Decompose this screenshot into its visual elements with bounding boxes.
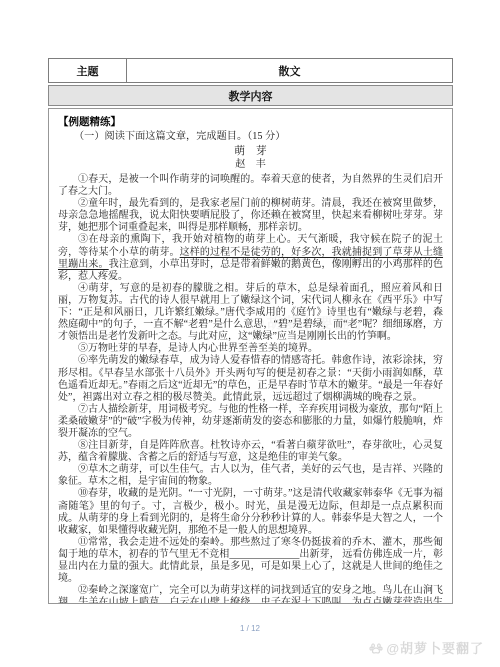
paragraph-text: ②童年时，最先看到的，是我家老屋门前的柳树萌芽。清晨，我还在被窝里做梦，母亲急急… — [58, 198, 443, 233]
paw-icon — [369, 641, 383, 655]
paragraph-text: ⑦古人描绘新芽，用词极考究。与他的性格一样，辛弃疾用词极为豪放，那句“陌上柔桑破… — [58, 404, 443, 439]
article-paragraph: ⑫秦岭之深邃宽广，完全可以为萌芽这样的词找到适宜的安身之地。鸟儿在山涧飞翔，牛羊… — [58, 585, 443, 604]
watermark-text: @胡萝卜要翻了 — [386, 638, 484, 657]
paragraph-text: ⑤万物吐芽的早春，是诗人内心世界至善至美的境界。 — [78, 343, 318, 354]
paragraph-text: ⑥率先萌发的嫩绿春草，成为诗人爱春惜春的情感寄托。韩愈作诗，浓彩涂抹，穷形尽相。… — [58, 355, 443, 402]
article-paragraph: ②童年时，最先看到的，是我家老屋门前的柳树萌芽。清晨，我还在被窝里做梦，母亲急急… — [58, 198, 443, 234]
section-title: 【例题精练】 — [58, 115, 443, 129]
article-body: ①春天，是被一个叫作萌芽的词唤醒的。奉着天意的使者，为自然界的生灵们启开了春之大… — [58, 174, 443, 604]
article-paragraph: ④萌芽，写意的是初春的朦胧之相。芽后的草木，总是绿着面孔，照应着风和日丽，万物复… — [58, 283, 443, 343]
topic-label-cell: 主题 — [49, 59, 127, 82]
page-number: 1 / 12 — [0, 624, 500, 633]
paragraph-text: ⑫秦岭之深邃宽广，完全可以为萌芽这样的词找到适宜的安身之地。鸟儿在山涧飞翔，牛羊… — [58, 585, 443, 604]
article-paragraph: ⑤万物吐芽的早春，是诗人内心世界至善至美的境界。 — [58, 343, 443, 355]
article-paragraph: ⑪常常，我会走进不远处的秦岭。那些熬过了寒冬仍挺拔着的乔木、灌木，那些匍匐于地的… — [58, 537, 443, 585]
teaching-content-band: 教学内容 — [48, 85, 453, 106]
header-table-row: 主题 散文 — [48, 58, 453, 83]
article-paragraph: ⑦古人描绘新芽，用词极考究。与他的性格一样，辛弃疾用词极为豪放，那句“陌上柔桑破… — [58, 404, 443, 440]
paragraph-text: ①春天，是被一个叫作萌芽的词唤醒的。奉着天意的使者，为自然界的生灵们启开了春之大… — [58, 174, 443, 197]
article-title: 萌 芽 — [58, 145, 443, 158]
topic-value-cell: 散文 — [127, 59, 452, 82]
article-content-box: 【例题精练】 （一）阅读下面这篇文章，完成题目。（15 分） 萌 芽 赵 丰 ①… — [48, 108, 453, 604]
article-paragraph: ③在母亲的熏陶下，我开始对植物的萌芽上心。天气渐暖，我守候在院子的泥土旁，等待某… — [58, 234, 443, 282]
document-page: { "meta": { "page_number": "1 / 12", "wa… — [0, 0, 500, 667]
paragraph-text: 我注意到，小草出芽时，总是带着鲜嫩的鹅黄色，像刚孵出的小鸡那样的色彩，惹人疼爱。 — [58, 259, 443, 282]
paragraph-text: ⑨草木之萌芽，可以生佳气。古人以为，佳气者，美好的云气也，是吉祥、兴隆的象征。草… — [58, 464, 443, 487]
article-paragraph: ①春天，是被一个叫作萌芽的词唤醒的。奉着天意的使者，为自然界的生灵们启开了春之大… — [58, 174, 443, 198]
paragraph-text: ④萌芽，写意的是初春的朦胧之相。芽后的草木，总是绿着面孔，照应着风和日丽，万物复… — [58, 283, 443, 342]
watermark: @胡萝卜要翻了 — [369, 638, 484, 657]
worksheet: 主题 散文 教学内容 【例题精练】 （一）阅读下面这篇文章，完成题目。（15 分… — [48, 58, 453, 604]
paragraph-text: ⑪常常，我会走进不远处的秦岭。那些熬过了寒冬仍挺拔着的乔木、灌木，那些匍匐于地的… — [58, 537, 443, 584]
article-paragraph: ⑧注目新芽，自是阵阵欣喜。杜牧诗亦云，“看著白蘋芽欲吐”，春芽欲吐，心灵复苏，蕴… — [58, 440, 443, 464]
article-paragraph: ⑥率先萌发的嫩绿春草，成为诗人爱春惜春的情感寄托。韩愈作诗，浓彩涂抹，穷形尽相。… — [58, 355, 443, 403]
article-paragraph: ⑩春芽，收藏的是光阴。“一寸光阴，一寸萌芽。”这是清代收藏家韩泰华《无事为福斋随… — [58, 488, 443, 536]
paragraph-text: ⑧注目新芽，自是阵阵欣喜。杜牧诗亦云，“看著白蘋芽欲吐”，春芽欲吐，心灵复苏，蕴… — [58, 440, 443, 463]
article-paragraph: ⑨草木之萌芽，可以生佳气。古人以为，佳气者，美好的云气也，是吉祥、兴隆的象征。草… — [58, 464, 443, 488]
exercise-instruction: （一）阅读下面这篇文章，完成题目。（15 分） — [74, 129, 443, 144]
paragraph-text: ⑩春芽，收藏的是光阴。“一寸光阴，一寸萌芽。”这是清代收藏家韩泰华《无事为福斋随… — [58, 488, 443, 535]
article-author: 赵 丰 — [58, 158, 443, 171]
